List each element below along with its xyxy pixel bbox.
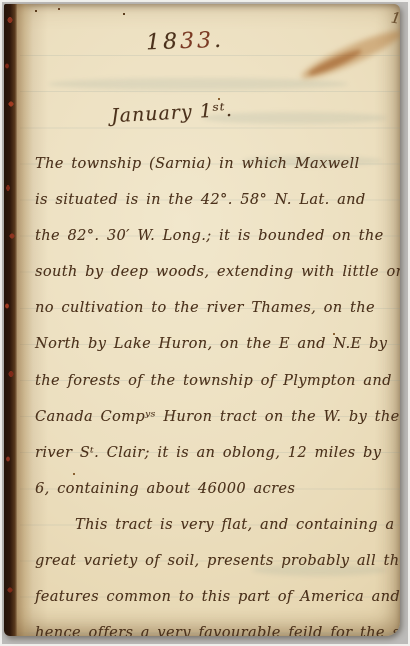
journal-line: south by deep woods, extending with litt… <box>35 254 399 290</box>
journal-body: The township (Sarnia) in which Maxwell i… <box>35 146 399 636</box>
journal-line: The township (Sarnia) in which Maxwell <box>35 146 399 182</box>
journal-line: This tract is very flat, and containing … <box>35 507 399 543</box>
year-prefix: 18 <box>146 29 181 55</box>
year-period: . <box>214 28 225 53</box>
journal-line: the 82°. 30′ W. Long.; it is bounded on … <box>35 218 399 254</box>
journal-line: river Sᵗ. Clair; it is an oblong, 12 mil… <box>35 435 399 471</box>
year-heading: 1833. <box>146 28 225 56</box>
journal-line: North by Lake Huron, on the E and N.E by <box>35 326 399 362</box>
journal-line: no cultivation to the river Thames, on t… <box>35 290 399 326</box>
journal-page: 1 1833. January 1ˢᵗ. The township (Sarni… <box>4 4 400 636</box>
bleedthrough-smudge <box>48 78 348 90</box>
scanned-journal-photo: 1 1833. January 1ˢᵗ. The township (Sarni… <box>0 0 410 646</box>
year-red-digits: 33 <box>180 28 215 54</box>
journal-line: hence offers a very favourable feild for… <box>35 615 399 636</box>
journal-line: great variety of soil, presents probably… <box>35 543 399 579</box>
journal-line: is situated is in the 42°. 58° N. Lat. a… <box>35 182 399 218</box>
page-number: 1 <box>390 8 400 27</box>
journal-line: 6, containing about 46000 acres <box>35 471 399 507</box>
journal-line: features common to this part of America … <box>35 579 399 615</box>
journal-line: Canada Compʸˢ Huron tract on the W. by t… <box>35 399 399 435</box>
journal-line: the forests of the township of Plympton … <box>35 363 399 399</box>
